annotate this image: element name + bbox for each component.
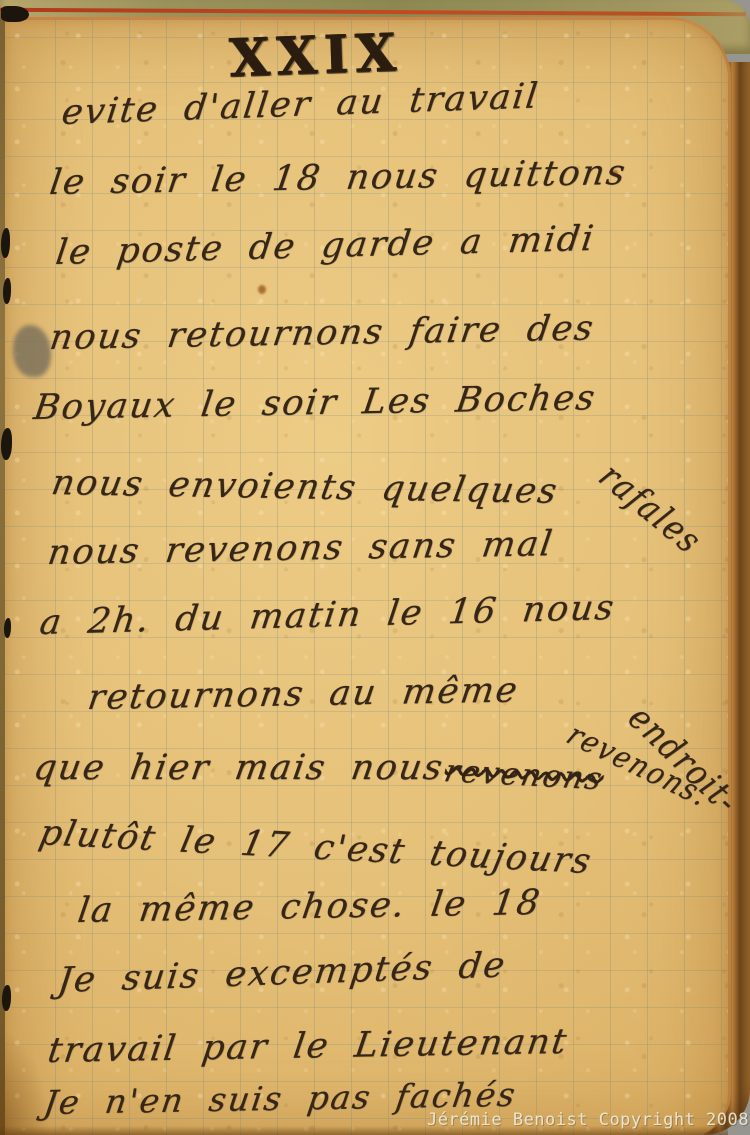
handwritten-line: le poste de garde a midi <box>53 219 597 273</box>
ink-mark <box>1 228 10 258</box>
handwritten-line: nous retournons faire des <box>47 309 597 358</box>
handwritten-word-slanted: rafales <box>591 455 711 562</box>
notebook-photo: XXIX evite d'aller au travail le soir le… <box>0 0 750 1135</box>
handwritten-line: nous revenons sans mal <box>45 524 556 573</box>
chapter-heading: XXIX <box>228 22 403 89</box>
ink-mark <box>2 985 11 1011</box>
handwritten-line: Boyaux le soir Les Boches <box>31 378 599 428</box>
ink-mark <box>1 6 29 22</box>
handwritten-line: nous envoients quelques <box>48 463 561 512</box>
diary-page: XXIX evite d'aller au travail le soir le… <box>5 17 731 1135</box>
rust-speck <box>258 285 266 294</box>
ink-mark <box>4 618 11 638</box>
handwritten-line: que hier mais nous <box>31 748 447 788</box>
ink-mark <box>3 278 11 304</box>
handwritten-line: Je suis excemptés de <box>56 945 509 1001</box>
gray-stain <box>13 325 51 377</box>
copyright-watermark: Jérémie Benoist Copyright 2008 <box>427 1110 749 1130</box>
handwritten-line: plutôt le 17 c'est toujours <box>36 813 596 882</box>
ink-mark <box>1 428 12 460</box>
handwritten-line: evite d'aller au travail <box>60 76 542 133</box>
handwritten-line: travail par le Lieutenant <box>45 1022 570 1071</box>
handwritten-line: le soir le 18 nous quittons <box>47 153 629 203</box>
handwritten-line: a 2h. du matin le 16 nous <box>37 588 617 643</box>
struck-out-word: revenons <box>441 753 607 797</box>
handwritten-line: retournons au même <box>85 671 521 718</box>
handwritten-line: la même chose. le 18 <box>75 883 544 931</box>
